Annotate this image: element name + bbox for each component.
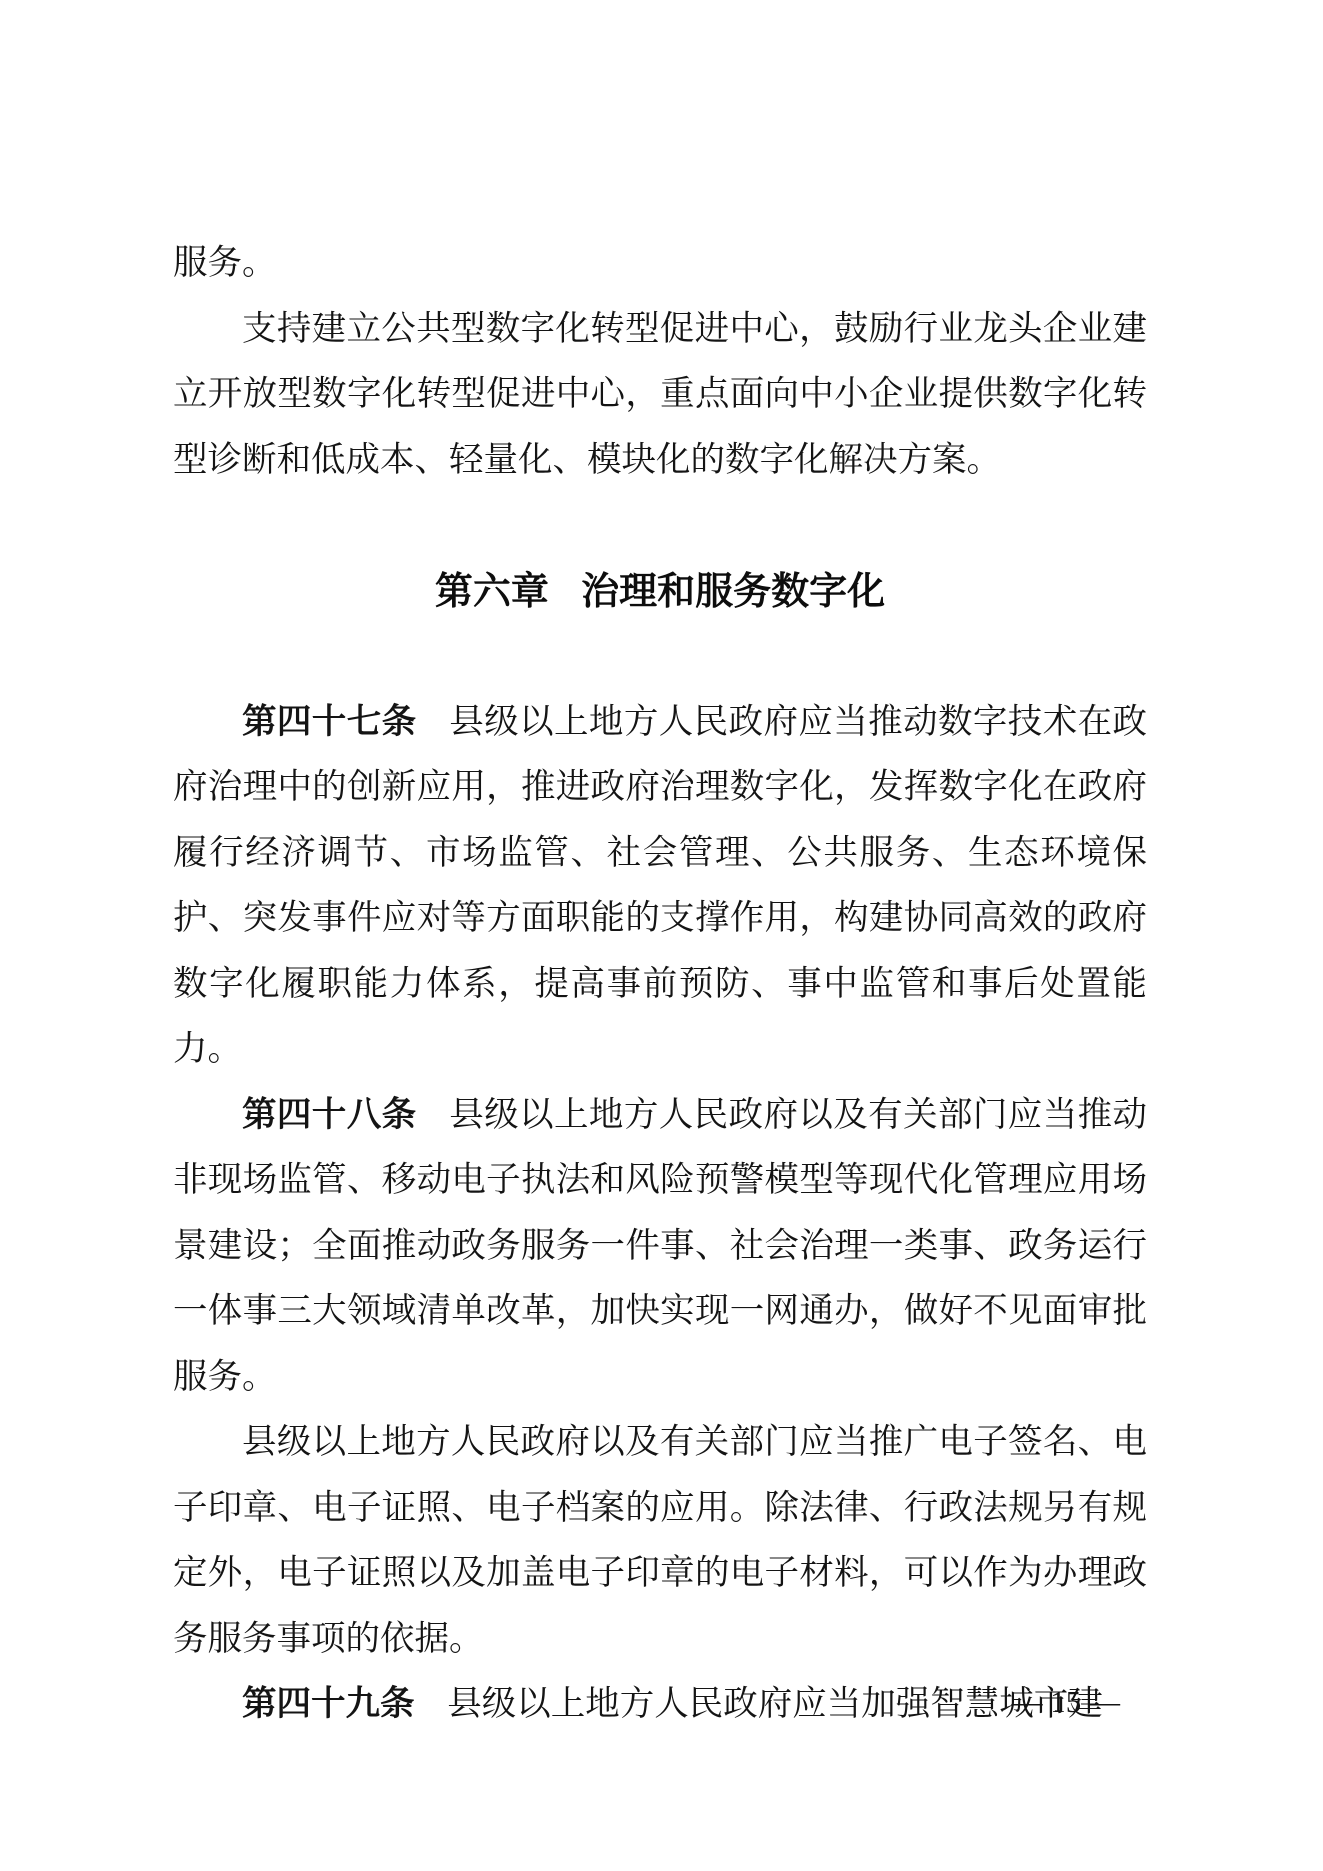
paragraph-text: 县级以上地方人民政府以及有关部门应当推动非现场监管、移动电子执法和风险预警模型等… [173, 1095, 1147, 1397]
paragraph-text: 县级以上地方人民政府应当加强智慧城市建 [447, 1684, 1103, 1724]
article-number: 第四十八条 [242, 1095, 417, 1135]
article-paragraph: 第四十八条县级以上地方人民政府以及有关部门应当推动非现场监管、移动电子执法和风险… [173, 1083, 1147, 1411]
page-number: — 15 — [1012, 1684, 1121, 1720]
body-paragraph: 支持建立公共型数字化转型促进中心，鼓励行业龙头企业建立开放型数字化转型促进中心，… [173, 297, 1147, 494]
paragraph-text: 县级以上地方人民政府应当推动数字技术在政府治理中的创新应用，推进政府治理数字化，… [173, 702, 1147, 1070]
chapter-number-label: 第六章 [435, 569, 549, 613]
continuation-paragraph: 服务。 [173, 231, 1147, 297]
document-content: 服务。支持建立公共型数字化转型促进中心，鼓励行业龙头企业建立开放型数字化转型促进… [173, 231, 1147, 1738]
chapter-title: 治理和服务数字化 [581, 569, 885, 613]
paragraph-text: 县级以上地方人民政府以及有关部门应当推广电子签名、电子印章、电子证照、电子档案的… [173, 1422, 1147, 1659]
article-paragraph: 第四十七条县级以上地方人民政府应当推动数字技术在政府治理中的创新应用，推进政府治… [173, 690, 1147, 1083]
article-paragraph: 第四十九条县级以上地方人民政府应当加强智慧城市建 [173, 1672, 1147, 1738]
paragraph-text: 支持建立公共型数字化转型促进中心，鼓励行业龙头企业建立开放型数字化转型促进中心，… [173, 309, 1147, 480]
paragraph-text: 服务。 [173, 243, 277, 283]
article-number: 第四十九条 [242, 1684, 415, 1724]
article-number: 第四十七条 [242, 702, 417, 742]
body-paragraph: 县级以上地方人民政府以及有关部门应当推广电子签名、电子印章、电子证照、电子档案的… [173, 1410, 1147, 1672]
chapter-heading: 第六章治理和服务数字化 [173, 559, 1147, 625]
document-page: 服务。支持建立公共型数字化转型促进中心，鼓励行业龙头企业建立开放型数字化转型促进… [0, 0, 1323, 1871]
